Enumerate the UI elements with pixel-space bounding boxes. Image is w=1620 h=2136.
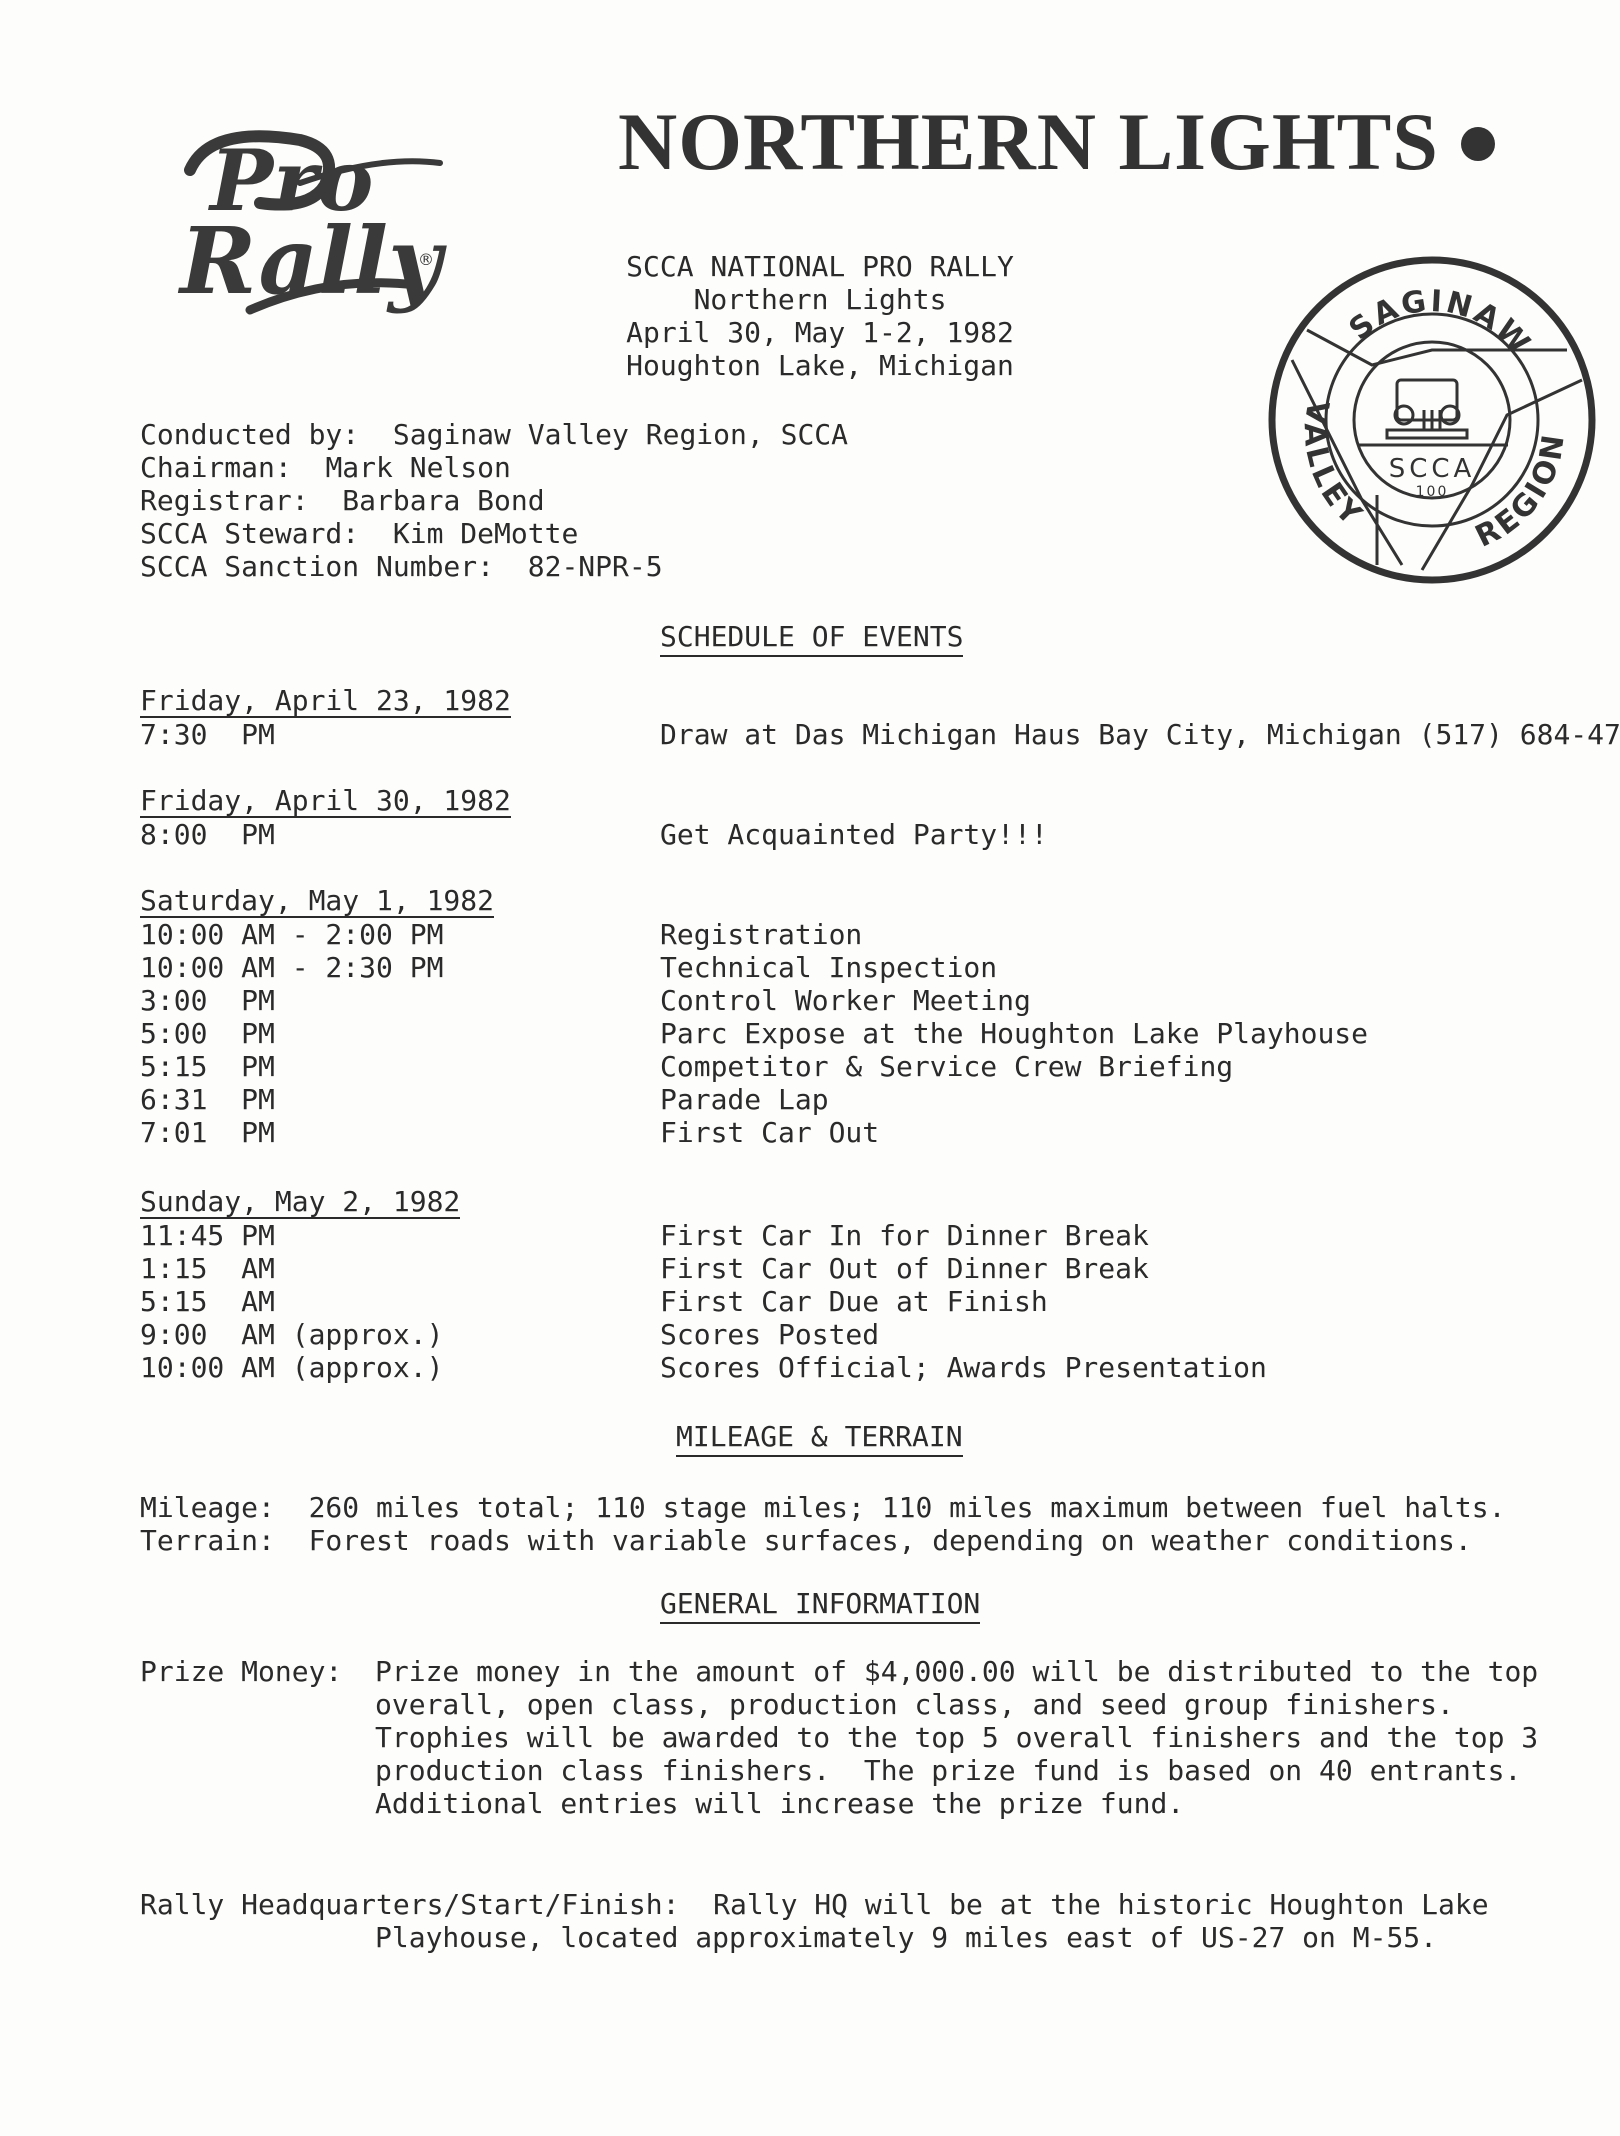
general-info-heading-wrap: GENERAL INFORMATION	[660, 1587, 980, 1624]
official-label: SCCA Sanction Number:	[140, 550, 494, 583]
event-description: First Car Out of Dinner Break	[660, 1252, 1149, 1285]
terrain-label: Terrain:	[140, 1524, 275, 1557]
event-description: Scores Official; Awards Presentation	[660, 1351, 1267, 1384]
schedule-day: Sunday, May 2, 1982	[140, 1186, 460, 1219]
terrain-value: Forest roads with variable surfaces, dep…	[309, 1524, 1472, 1557]
prize-money-text: Prize money in the amount of $4,000.00 w…	[375, 1655, 1538, 1820]
event-description: First Car Due at Finish	[660, 1285, 1048, 1318]
mileage-label: Mileage:	[140, 1491, 275, 1524]
schedule-heading-wrap: SCHEDULE OF EVENTS	[660, 620, 963, 657]
event-time: 9:00 AM (approx.)	[140, 1318, 443, 1351]
mileage-terrain-heading: MILEAGE & TERRAIN	[676, 1420, 963, 1457]
svg-text:®: ®	[418, 250, 434, 269]
event-description: First Car In for Dinner Break	[660, 1219, 1149, 1252]
document-page: Pro Rally ® NORTHERN LIGHTS SCCA NATIONA…	[0, 0, 1620, 2136]
prize-money-label: Prize Money:	[140, 1655, 342, 1688]
event-time: 5:00 PM	[140, 1017, 275, 1050]
event-time: 7:30 PM	[140, 718, 275, 751]
official-steward: SCCA Steward: Kim DeMotte	[140, 517, 848, 550]
official-sanction-number: SCCA Sanction Number: 82-NPR-5	[140, 550, 848, 583]
event-time: 6:31 PM	[140, 1083, 275, 1116]
schedule-day: Friday, April 23, 1982	[140, 685, 511, 718]
schedule-day: Saturday, May 1, 1982	[140, 885, 494, 918]
event-time: 11:45 PM	[140, 1219, 275, 1252]
masthead-title-text: NORTHERN LIGHTS	[618, 96, 1439, 187]
event-description: Draw at Das Michigan Haus Bay City, Mich…	[660, 718, 1620, 751]
masthead-title: NORTHERN LIGHTS	[618, 95, 1495, 189]
officials-list: Conducted by: Saginaw Valley Region, SCC…	[140, 418, 848, 583]
schedule-heading: SCHEDULE OF EVENTS	[660, 620, 963, 657]
event-description: Parc Expose at the Houghton Lake Playhou…	[660, 1017, 1368, 1050]
day-heading: Sunday, May 2, 1982	[140, 1186, 460, 1219]
svg-text:REGION: REGION	[1470, 430, 1572, 555]
official-label: Registrar:	[140, 484, 309, 517]
headquarters-label: Rally Headquarters/Start/Finish:	[140, 1888, 679, 1921]
event-time: 10:00 AM - 2:30 PM	[140, 951, 443, 984]
headquarters-line: Rally HQ will be at the historic Houghto…	[713, 1888, 1488, 1921]
event-description: Parade Lap	[660, 1083, 829, 1116]
event-description: Scores Posted	[660, 1318, 879, 1351]
headquarters-row: Rally Headquarters/Start/Finish: Rally H…	[140, 1888, 1489, 1921]
event-time: 3:00 PM	[140, 984, 275, 1017]
event-description: Technical Inspection	[660, 951, 997, 984]
official-registrar: Registrar: Barbara Bond	[140, 484, 848, 517]
schedule-day: Friday, April 30, 1982	[140, 785, 511, 818]
event-description: First Car Out	[660, 1116, 879, 1149]
mileage-heading-wrap: MILEAGE & TERRAIN	[676, 1420, 963, 1457]
pro-rally-logo-icon: Pro Rally ®	[150, 115, 450, 325]
day-heading: Saturday, May 1, 1982	[140, 885, 494, 918]
subheader-line: Northern Lights	[600, 283, 1040, 316]
prize-money-line: Prize money in the amount of $4,000.00 w…	[375, 1655, 1538, 1688]
steering-wheel-emblem-icon: SCCA 100 SAGINAW VALLEY REGION	[1262, 250, 1602, 590]
official-label: Conducted by:	[140, 418, 359, 451]
prize-money-line: production class finishers. The prize fu…	[375, 1754, 1538, 1787]
day-heading: Friday, April 30, 1982	[140, 785, 511, 818]
event-subheader: SCCA NATIONAL PRO RALLY Northern Lights …	[600, 250, 1040, 382]
svg-text:VALLEY: VALLEY	[1297, 398, 1370, 534]
terrain-row: Terrain: Forest roads with variable surf…	[140, 1524, 1472, 1557]
event-time: 1:15 AM	[140, 1252, 275, 1285]
official-label: SCCA Steward:	[140, 517, 359, 550]
event-time: 10:00 AM (approx.)	[140, 1351, 443, 1384]
svg-text:SCCA: SCCA	[1389, 454, 1476, 484]
prize-money-line: Additional entries will increase the pri…	[375, 1787, 1538, 1820]
prize-money-line: Trophies will be awarded to the top 5 ov…	[375, 1721, 1538, 1754]
event-description: Get Acquainted Party!!!	[660, 818, 1048, 851]
bullet-dot-icon	[1461, 127, 1495, 161]
official-value: Mark Nelson	[325, 451, 510, 484]
event-time: 5:15 AM	[140, 1285, 275, 1318]
event-time: 7:01 PM	[140, 1116, 275, 1149]
official-chairman: Chairman: Mark Nelson	[140, 451, 848, 484]
event-description: Competitor & Service Crew Briefing	[660, 1050, 1233, 1083]
mileage-row: Mileage: 260 miles total; 110 stage mile…	[140, 1491, 1505, 1524]
headquarters-line: Playhouse, located approximately 9 miles…	[375, 1921, 1437, 1954]
official-value: Kim DeMotte	[393, 517, 578, 550]
official-conducted-by: Conducted by: Saginaw Valley Region, SCC…	[140, 418, 848, 451]
subheader-line: April 30, May 1-2, 1982	[600, 316, 1040, 349]
pro-rally-logo: Pro Rally ®	[150, 115, 450, 325]
official-value: Saginaw Valley Region, SCCA	[393, 418, 848, 451]
event-time: 10:00 AM - 2:00 PM	[140, 918, 443, 951]
official-label: Chairman:	[140, 451, 292, 484]
subheader-line: Houghton Lake, Michigan	[600, 349, 1040, 382]
mileage-value: 260 miles total; 110 stage miles; 110 mi…	[309, 1491, 1506, 1524]
general-information-heading: GENERAL INFORMATION	[660, 1587, 980, 1624]
svg-text:100: 100	[1416, 484, 1449, 500]
event-time: 8:00 PM	[140, 818, 275, 851]
subheader-line: SCCA NATIONAL PRO RALLY	[600, 250, 1040, 283]
official-value: 82-NPR-5	[528, 550, 663, 583]
day-heading: Friday, April 23, 1982	[140, 685, 511, 718]
svg-text:Rally: Rally	[177, 207, 447, 315]
prize-money-line: overall, open class, production class, a…	[375, 1688, 1538, 1721]
official-value: Barbara Bond	[342, 484, 544, 517]
event-description: Control Worker Meeting	[660, 984, 1031, 1017]
event-time: 5:15 PM	[140, 1050, 275, 1083]
event-description: Registration	[660, 918, 862, 951]
saginaw-valley-region-emblem: SCCA 100 SAGINAW VALLEY REGION	[1262, 250, 1602, 590]
